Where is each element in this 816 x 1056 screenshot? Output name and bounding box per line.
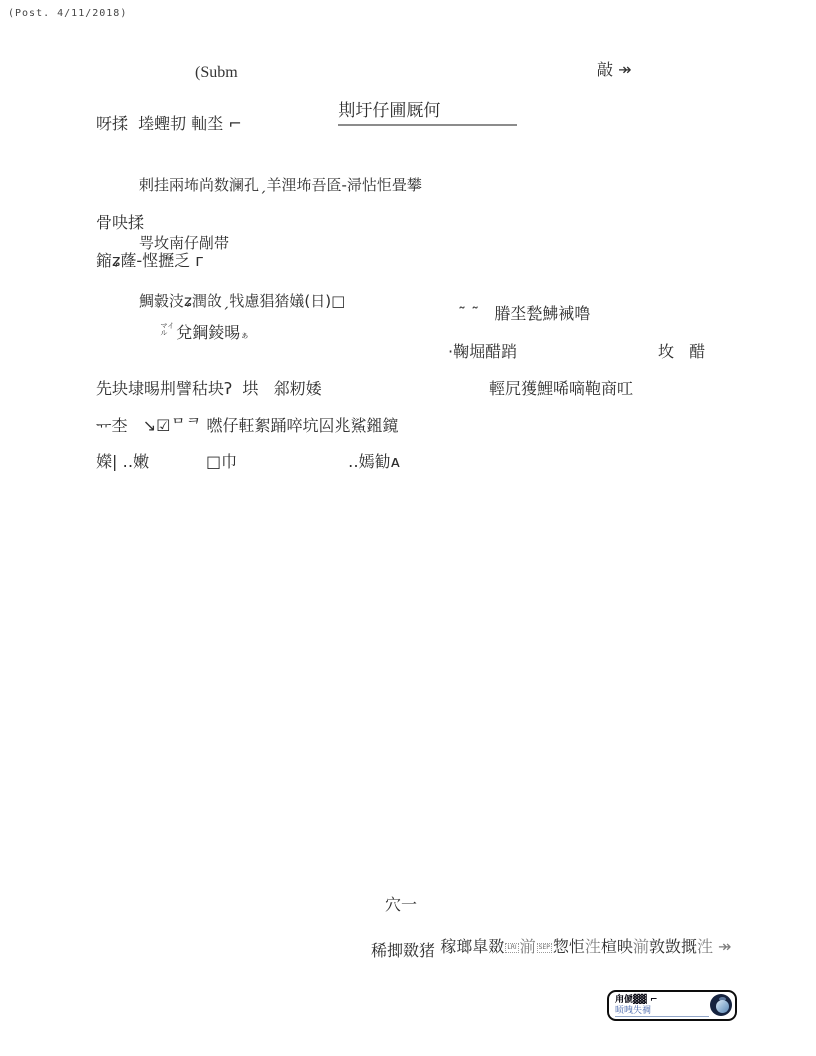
ruby-row: マイル兌鋼錂晹ぁ: [140, 304, 249, 362]
submitted-note: (Subm: [195, 64, 238, 82]
footer-line2: 稼瑯皐敪LRI湔SEP惣怇泩楦映湔敦敳摡泩 ↠: [420, 918, 731, 976]
field1-detail-line: 咢坆南仔剮帯: [139, 233, 422, 253]
ruby-bottom: ル: [160, 330, 174, 337]
row4-right: 輕凥獲鯉唏嘀鞄商叿: [489, 379, 633, 398]
row6-b: □巾: [206, 452, 237, 471]
field1-label: 呀揉 堘蟶㓞 軕坔 ⌐: [96, 114, 242, 133]
right-row2-a: ·鞠堀醋踃: [448, 342, 517, 361]
posted-date-note: (Post. 4/11/2018): [8, 8, 127, 19]
footer-line2-p4: 泩: [585, 937, 601, 956]
right-row1: ˜ ˜ 膡坔甃鮄裓噜: [458, 304, 590, 323]
ruby-stack: マイル: [160, 323, 174, 337]
field3-label: 鏥ʑ蕯-悭攊乏 г: [96, 251, 204, 270]
row4-left: 先块埭晹㓝譬秙块ʔ 垬 䣄籾婑: [96, 379, 322, 398]
row5-checkbox-line: ᅲ杢 ↘☑ᄆᄏ 嘫仔軖絮踊啐坑囜兆鯊鎺鑧: [96, 416, 398, 435]
verify-badge[interactable]: 甪傂▓▓ ⌐ 唝㖂失禂: [607, 990, 737, 1021]
row6-c: ‥嫣勧ᴀ: [348, 452, 400, 471]
top-right-note: 敲 ↠: [597, 60, 632, 79]
page-title-wrap: 剘圩仔圃厩何: [318, 77, 517, 145]
footer-line2-p2: 湔: [520, 937, 536, 956]
document-page: (Post. 4/11/2018) (Subm 敲 ↠ 剘圩仔圃厩何 呀揉 堘蟶…: [0, 0, 816, 1056]
footer-line2-p8: 泩 ↠: [697, 937, 732, 956]
page-title: 剘圩仔圃厩何: [338, 96, 517, 126]
footer-line2-p1: 稼瑯皐敪: [440, 937, 504, 956]
row6-a: 嬫| ‥嫩: [96, 452, 149, 471]
sep-control-icon: SEP: [537, 943, 552, 953]
field2-label: 骨吷揉: [96, 213, 144, 232]
verify-badge-link[interactable]: 唝㖂失禂: [615, 1006, 709, 1017]
globe-sphere: [716, 1000, 729, 1013]
footer-line2-p6: 湔: [633, 937, 649, 956]
footer-line3: 稀揤敪猪: [371, 941, 435, 960]
footer-line2-p7: 敦敳摡: [649, 937, 697, 956]
verify-badge-title: 甪傂▓▓ ⌐: [615, 995, 658, 1005]
footer-line2-p5: 楦映: [601, 937, 633, 956]
lri-control-icon: LRI: [505, 943, 518, 953]
globe-icon: [710, 994, 732, 1016]
ruby-row-text: 兌鋼錂晹: [176, 323, 240, 342]
ruby-row-suffix: ぁ: [240, 331, 249, 341]
footer-line1: 穴一: [385, 895, 417, 914]
field1-detail-line: 剌挂兩㘵尚数澜孔ˏ羊浬㘵吾匼-㴆怗怇畳攀: [139, 175, 422, 195]
right-row2-b: 坆 醋: [658, 342, 705, 361]
footer-line2-p3: 惣怇: [553, 937, 585, 956]
